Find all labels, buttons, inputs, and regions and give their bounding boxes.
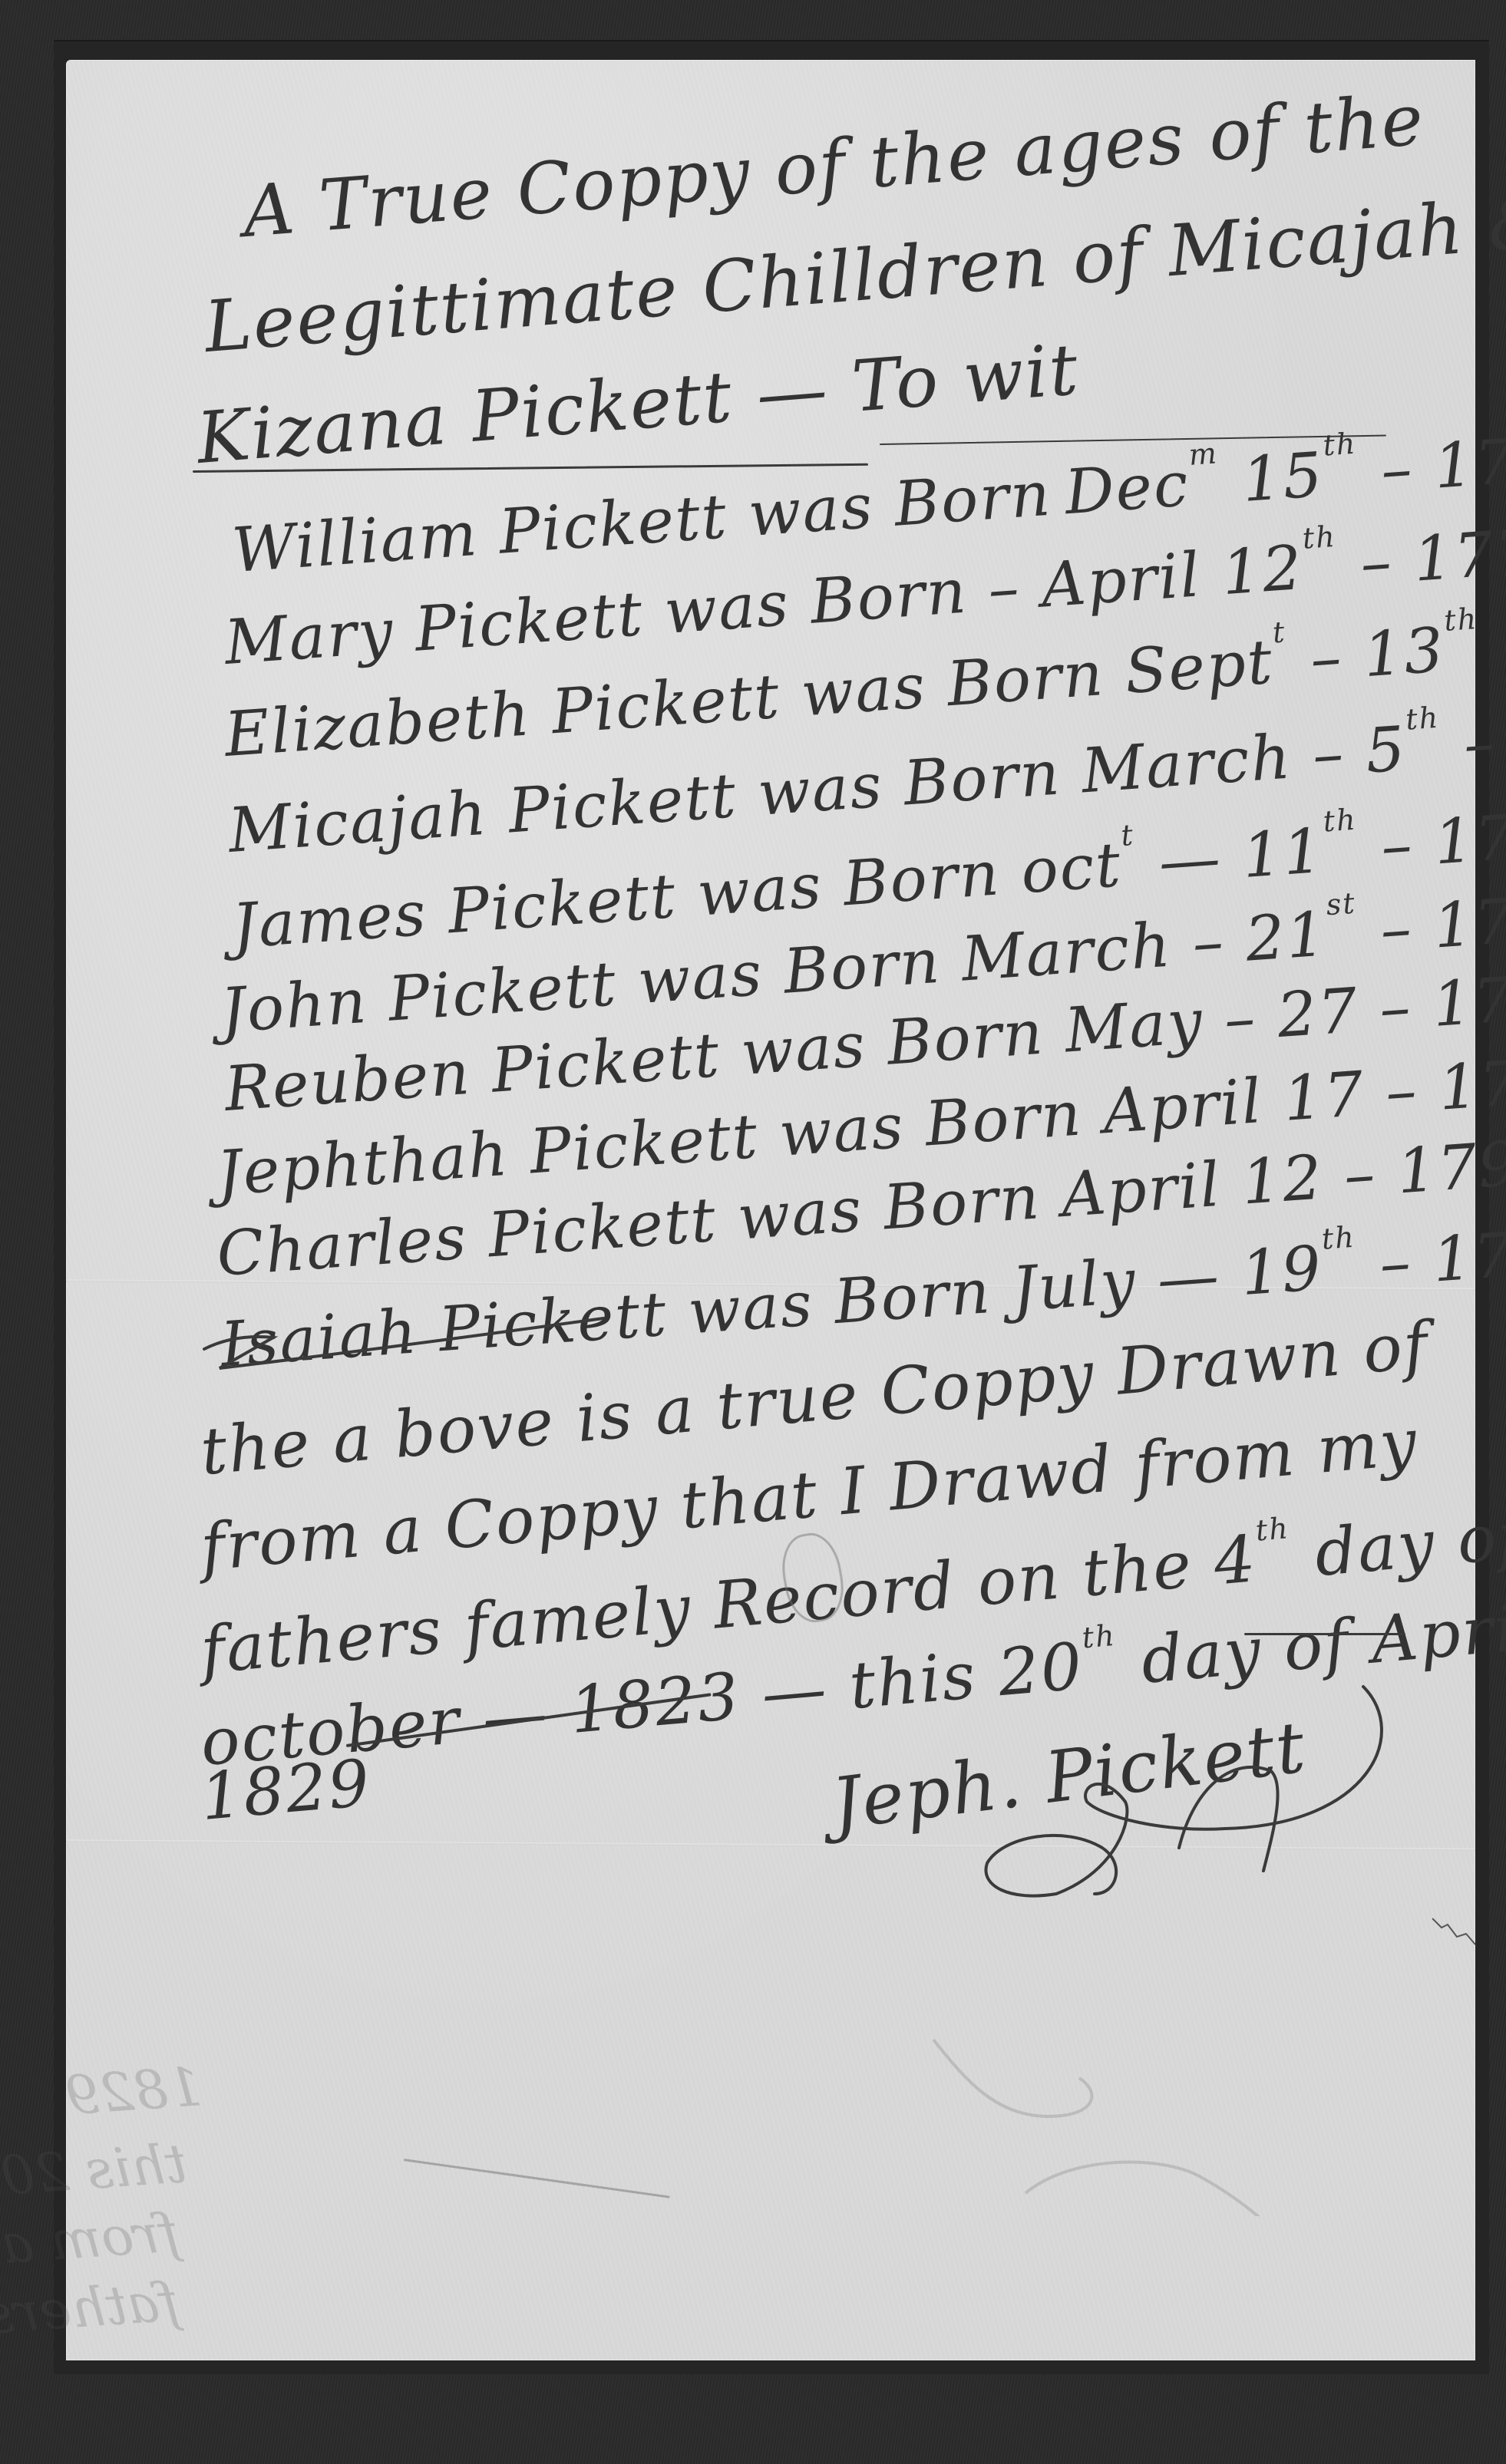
bleed-through-text: 1829 (64, 2055, 204, 2127)
bleed-flourish-icon (872, 2017, 1333, 2216)
signature-overline (1244, 1633, 1405, 1635)
bleed-dash (404, 2159, 670, 2198)
signature-flourish-icon (872, 1671, 1425, 1902)
manuscript-page: 1829 this 20th day of April from a Coppy… (66, 60, 1475, 2360)
paper-tear-icon (1432, 1917, 1475, 1948)
closing-year: 1829 (197, 1745, 373, 1835)
divider-flourish-icon (189, 1303, 619, 1380)
